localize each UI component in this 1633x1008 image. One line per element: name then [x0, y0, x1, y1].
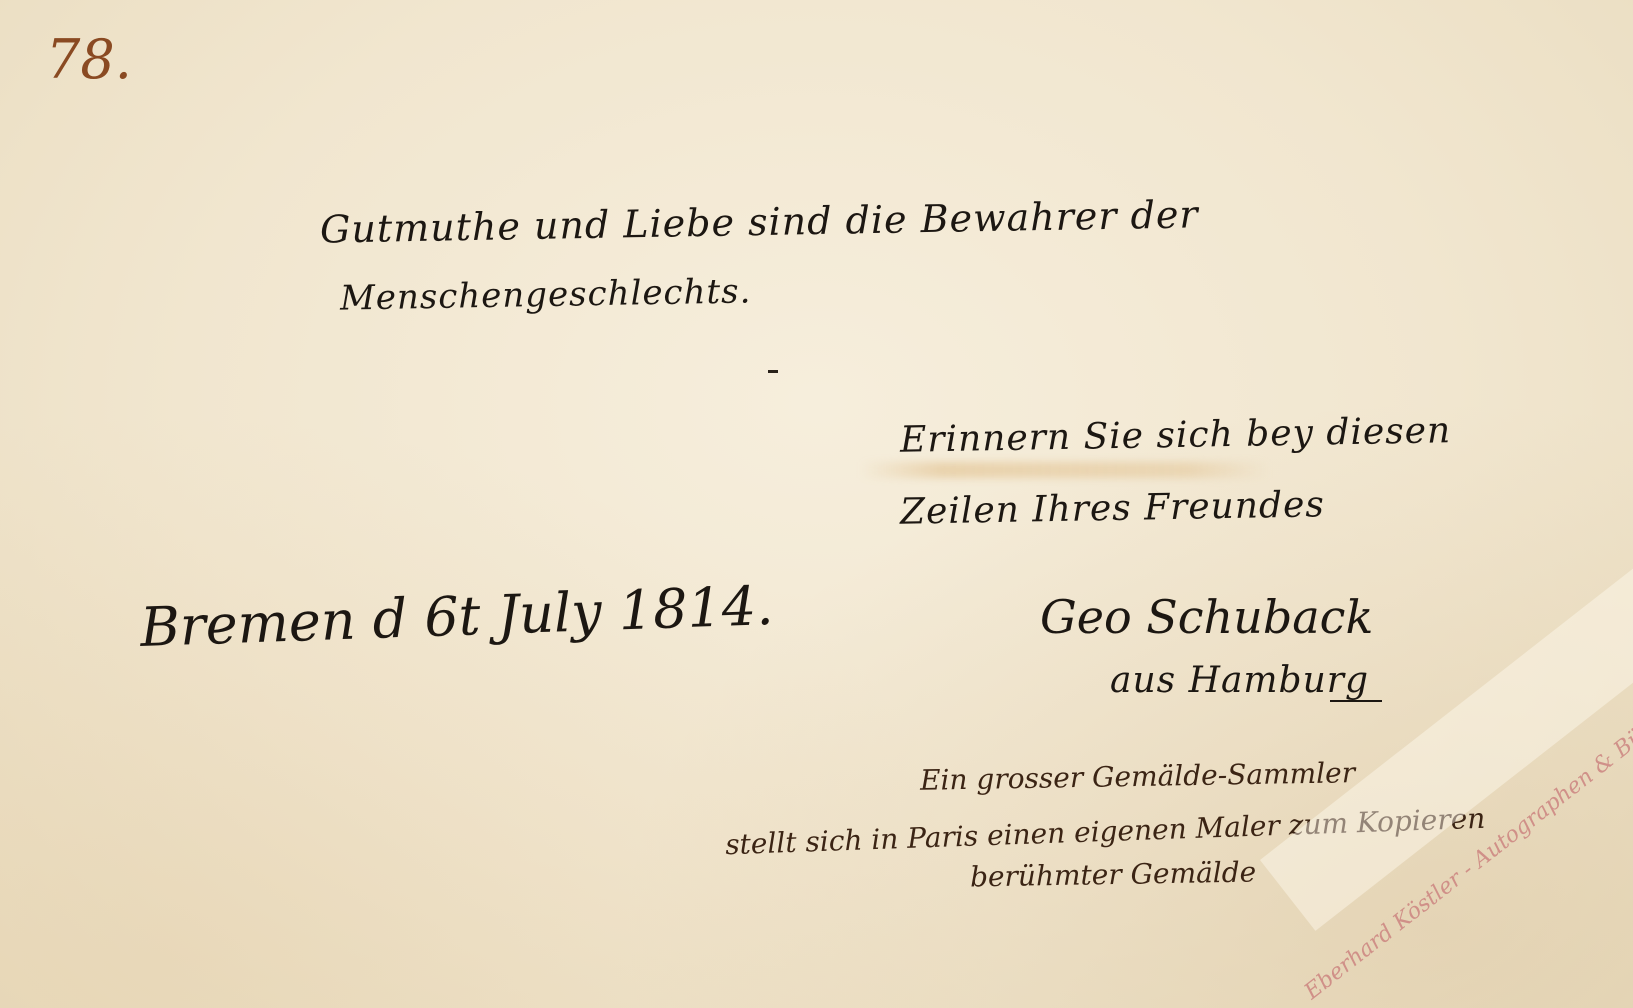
dedication-line-1: Erinnern Sie sich bey diesen: [900, 410, 1452, 461]
dash-mark: [768, 370, 778, 373]
signature-flourish: [1330, 700, 1382, 702]
place-and-date: Bremen d 6t July 1814.: [139, 574, 774, 659]
manuscript-page: 78. Gutmuthe und Liebe sind die Bewahrer…: [0, 0, 1633, 1008]
motto-line-1: Gutmuthe und Liebe sind die Bewahrer der: [320, 192, 1199, 251]
signature-name: Geo Schuback: [1040, 590, 1373, 644]
page-number: 78.: [46, 28, 132, 91]
paper-stain: [860, 462, 1270, 478]
dedication-line-2: Zeilen Ihres Freundes: [900, 484, 1325, 532]
later-note-line-3: berühmter Gemälde: [970, 856, 1257, 894]
motto-line-2: Menschengeschlechts.: [340, 271, 752, 318]
later-note-line-1: Ein grosser Gemälde-Sammler: [920, 756, 1356, 797]
signature-origin: aus Hamburg: [1110, 660, 1369, 701]
